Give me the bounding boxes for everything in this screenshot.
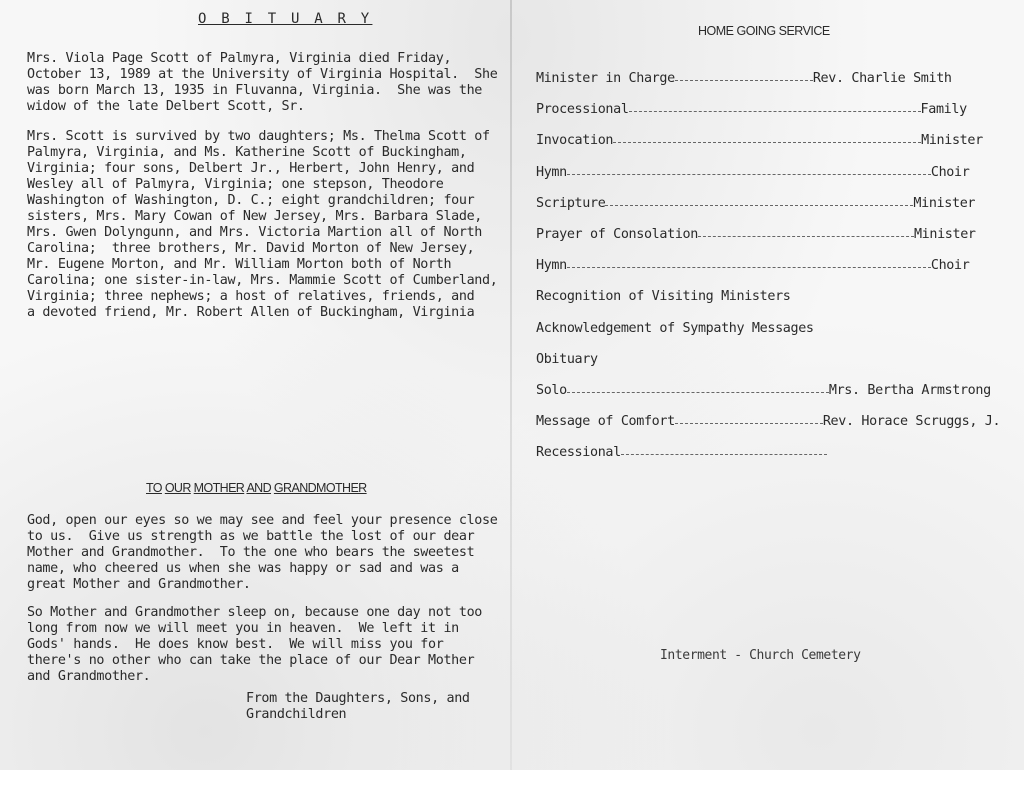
service-item-label: Recognition of Visiting Ministers [536,289,791,304]
service-title: HOME GOING SERVICE [698,24,830,38]
service-item-participant: Choir [931,165,970,180]
leader-dashes [675,80,813,81]
tribute-title-word: OUR [165,481,191,495]
service-item: Minister in ChargeRev. Charlie Smith [536,71,1016,102]
service-item-label: Scripture [536,196,605,211]
tribute-title-word: AND [246,481,271,495]
service-item-label: Minister in Charge [536,71,675,86]
obituary-title: O B I T U A R Y [198,11,372,27]
leader-dashes [613,142,921,143]
service-item: Obituary [536,352,1016,383]
service-item-label: Invocation [536,133,613,148]
leader-dashes [567,392,829,393]
leader-dashes [629,111,921,112]
service-item-participant: Rev. Horace Scruggs, J. [823,414,1000,429]
leader-dashes [675,423,823,424]
service-item: HymnChoir [536,258,1016,289]
interment-note: Interment - Church Cemetery [660,648,861,663]
service-item-label: Hymn [536,165,567,180]
service-item: ProcessionalFamily [536,102,1016,133]
service-item-label: Solo [536,383,567,398]
service-item-label: Hymn [536,258,567,273]
service-item-label: Processional [536,102,629,117]
tribute-paragraph-1: God, open our eyes so we may see and fee… [27,513,497,593]
service-item-label: Prayer of Consolation [536,227,698,242]
obituary-paragraph-1: Mrs. Viola Page Scott of Palmyra, Virgin… [27,51,497,115]
tribute-title-word: GRANDMOTHER [274,481,367,495]
leader-dashes [621,454,827,455]
service-item-participant: Rev. Charlie Smith [813,71,952,86]
service-item: Message of ComfortRev. Horace Scruggs, J… [536,414,1016,445]
service-item: ScriptureMinister [536,196,1016,227]
service-item-participant: Minister [921,133,983,148]
tribute-paragraph-2: So Mother and Grandmother sleep on, beca… [27,605,482,685]
tribute-title-word: TO [146,481,162,495]
service-item-label: Message of Comfort [536,414,675,429]
fold-line [510,0,512,770]
service-item: HymnChoir [536,165,1016,196]
tribute-title: TO OUR MOTHER AND GRANDMOTHER [146,481,367,495]
obituary-paragraph-2: Mrs. Scott is survived by two daughters;… [27,129,497,321]
tribute-signature: From the Daughters, Sons, and Grandchild… [246,691,470,723]
service-item-label: Recessional [536,445,621,460]
service-item: InvocationMinister [536,133,1016,164]
service-item-label: Acknowledgement of Sympathy Messages [536,321,814,336]
service-item-label: Obituary [536,352,598,367]
leader-dashes [605,205,913,206]
service-item-participant: Choir [931,258,970,273]
service-item: Prayer of ConsolationMinister [536,227,1016,258]
leader-dashes [567,267,931,268]
service-item: Recessional [536,445,1016,476]
service-item: SoloMrs. Bertha Armstrong [536,383,1016,414]
service-item-participant: Family [921,102,967,117]
service-item-participant: Minister [914,227,976,242]
service-item-participant: Mrs. Bertha Armstrong [829,383,991,398]
leader-dashes [698,236,914,237]
tribute-title-word: MOTHER [194,481,245,495]
service-item: Acknowledgement of Sympathy Messages [536,321,1016,352]
obituary-title-text: O B I T U A R Y [198,11,372,27]
service-item: Recognition of Visiting Ministers [536,289,1016,320]
service-program-list: Minister in ChargeRev. Charlie SmithProc… [536,71,1016,476]
service-item-participant: Minister [913,196,975,211]
leader-dashes [567,174,931,175]
